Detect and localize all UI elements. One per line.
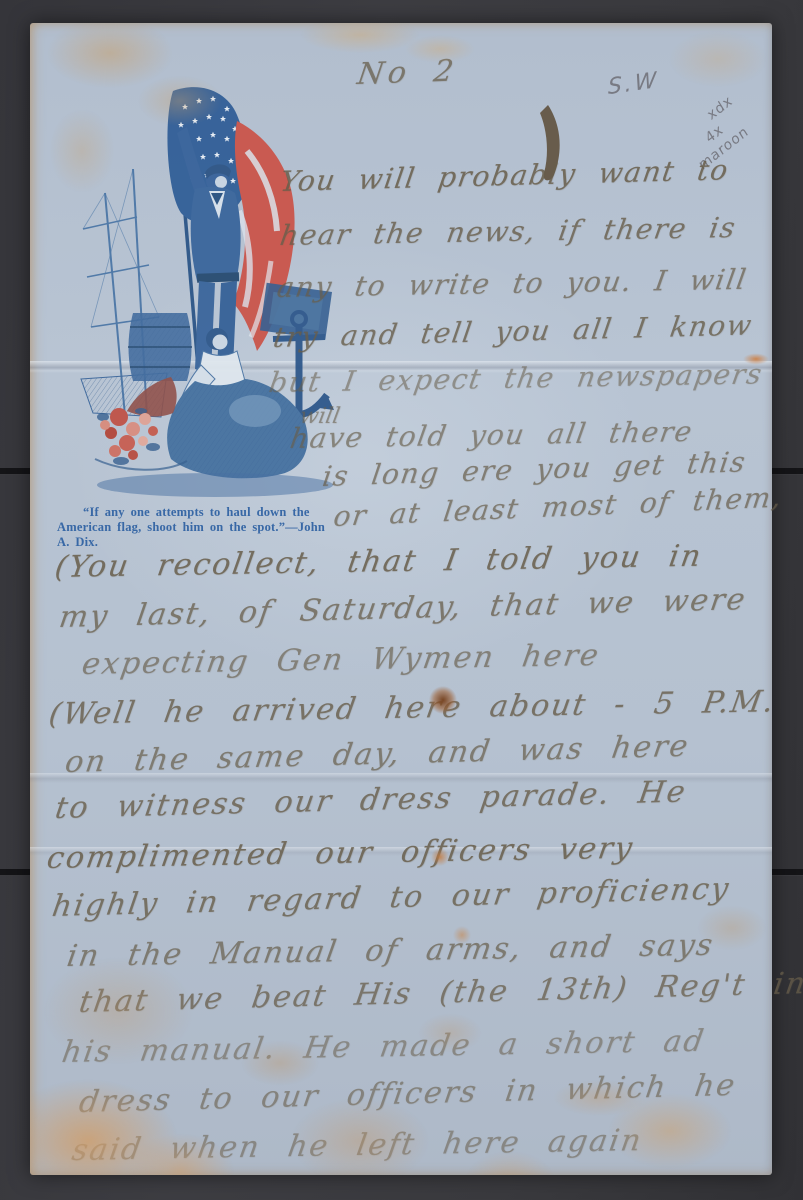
handwritten-line: on the same day, and was here [63,729,692,780]
caption-line: American flag, shoot him on the spot.”—J… [57,520,357,535]
handwritten-line: (Well he arrived here about - 5 P.M. [46,684,777,732]
handwritten-line: that we beat His (the 13th) Reg't in [77,966,803,1020]
pencil-annotation-initials: S.W [608,68,659,100]
handwritten-line: in the Manual of arms, and says [64,928,716,974]
photo-background: “If any one attempts to haul down the Am… [0,0,803,1200]
letter-page: “If any one attempts to haul down the Am… [30,23,772,1175]
handwritten-line: highly in regard to our proficiency [50,871,733,924]
letterhead-caption: “If any one attempts to haul down the Am… [57,505,357,550]
handwritten-line: hear the news, if there is [278,211,739,252]
handwritten-line: to witness our dress parade. He [53,775,689,826]
ground-shadow [97,473,333,497]
barrel-icon [128,313,192,381]
handwritten-line: said when he left here again [69,1123,645,1168]
handwritten-line: his manual. He made a short ad [59,1024,707,1070]
handwritten-line: my last, of Saturday, that we were [57,582,749,635]
handwritten-line: You will probably want to [278,153,731,198]
handwritten-line: expecting Gen Wymen here [79,638,602,682]
caption-line: “If any one attempts to haul down the [57,505,357,520]
page-number: No 2 [355,54,459,92]
handwritten-line: complimented our officers very [44,831,636,876]
handwritten-line: any to write to you. I will [275,263,750,304]
handwritten-line: dress to our officers in which he [77,1068,739,1120]
